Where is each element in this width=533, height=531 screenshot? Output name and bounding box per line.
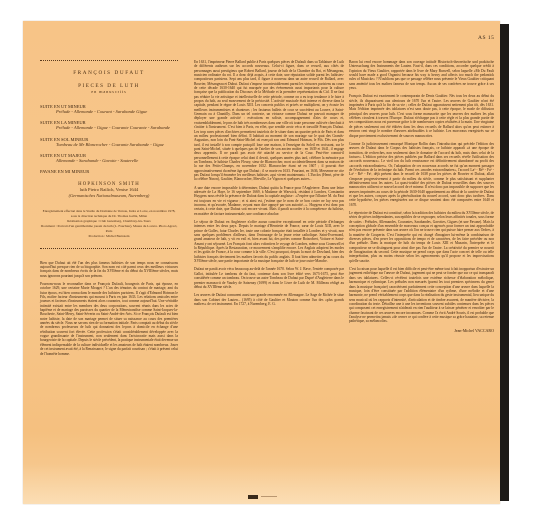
- liner-notes-paragraph: Bien que Dufaut ait été l'un des plus fa…: [40, 261, 178, 278]
- liner-notes-paragraph: Pourrons-nous le reconnaître dans ce Fra…: [40, 282, 178, 356]
- track-listing-column: FRANÇOIS DUFAUT PIECES DE LUTH en manusc…: [40, 60, 178, 360]
- credit-graphics: Réalisation graphique : Club Gutenberg, …: [40, 219, 178, 223]
- credit-recording: Enregistrement effectué dans le Studio d…: [40, 209, 178, 218]
- suite-title: PAVANE EN MI MINEUR: [40, 169, 178, 174]
- track-list: SUITE EN UT MINEUR Prélude - Allemande -…: [40, 104, 178, 174]
- liner-notes-paragraph: A une date encore impossible à détermine…: [194, 186, 344, 216]
- suite-movements: Tombeau de Mr Blancrocher - Courante Sar…: [40, 142, 178, 148]
- liner-notes-paragraph: En 1631, l'imprimeur Pierre Ballard publ…: [194, 60, 344, 182]
- suite-item: SUITE EN LA MINEUR Prélude - Allemande -…: [40, 120, 178, 131]
- liner-notes-paragraph: François Dufaut est exactement le contem…: [349, 94, 494, 137]
- suite-item: SUITE EN UT MINEUR Prélude - Allemande -…: [40, 104, 178, 115]
- liner-notes-paragraph: Dufaut ne paraît avoir vécu beaucoup au-…: [194, 267, 344, 289]
- suite-movements: Allemande - Sarabande - Gavotte - Sauter…: [40, 158, 178, 164]
- suite-movements: Prélude - Allemande - Gigue - Courante C…: [40, 125, 178, 131]
- recording-credits: Enregistrement effectué dans le Studio d…: [40, 209, 178, 238]
- suite-movements: Prélude - Allemande - Courant - Saraband…: [40, 109, 178, 115]
- liner-notes-paragraph: Baron lui rend encore hommage dans son o…: [349, 60, 494, 90]
- suite-item: SUITE EN UT MAJEUR Allemande - Sarabande…: [40, 153, 178, 164]
- liner-notes-column-3: Baron lui rend encore hommage dans son o…: [349, 60, 494, 333]
- dotted-divider: [40, 248, 178, 250]
- liner-notes-paragraph: Les œuvres de Dufaut connurent aussi une…: [194, 293, 344, 306]
- suite-item: SUITE EN SOL MINEUR Tombeau de Mr Blancr…: [40, 137, 178, 148]
- composer-name: FRANÇOIS DUFAUT: [40, 70, 178, 76]
- record-spine: [500, 24, 509, 501]
- label-logo-icon: [248, 495, 258, 499]
- suite-item: PAVANE EN MI MINEUR: [40, 169, 178, 174]
- label-logo-text: [261, 496, 277, 497]
- dotted-divider: [40, 60, 178, 62]
- liner-notes-paragraph: C'est la raison pour laquelle il est bie…: [349, 267, 494, 323]
- author-signature: Jean-Michel VACCARO: [349, 328, 494, 333]
- liner-notes-paragraph: Le séjour de Dufaut en Angleterre n'offr…: [194, 220, 344, 263]
- liner-notes-paragraph: Comme l'a judicieusement remarqué Moniqu…: [349, 142, 494, 207]
- album-subtitle: en manuscrits: [40, 89, 178, 94]
- credit-production: Production : Michel Bernstein: [40, 234, 178, 238]
- performer-block: HOPKINSON SMITH luth Pietro Railich, Ven…: [40, 182, 178, 198]
- museum-info: (Germanisches Nationalmuseum, Nuremberg): [40, 193, 178, 198]
- credit-document: Document : Portrait d'un gentilhomme jou…: [40, 224, 178, 233]
- liner-notes-column-2: En 1631, l'imprimeur Pierre Ballard publ…: [194, 60, 344, 310]
- catalog-number: AS 15: [478, 35, 494, 41]
- liner-notes-paragraph: Le répertoire de Dufaut est constitué, s…: [349, 211, 494, 263]
